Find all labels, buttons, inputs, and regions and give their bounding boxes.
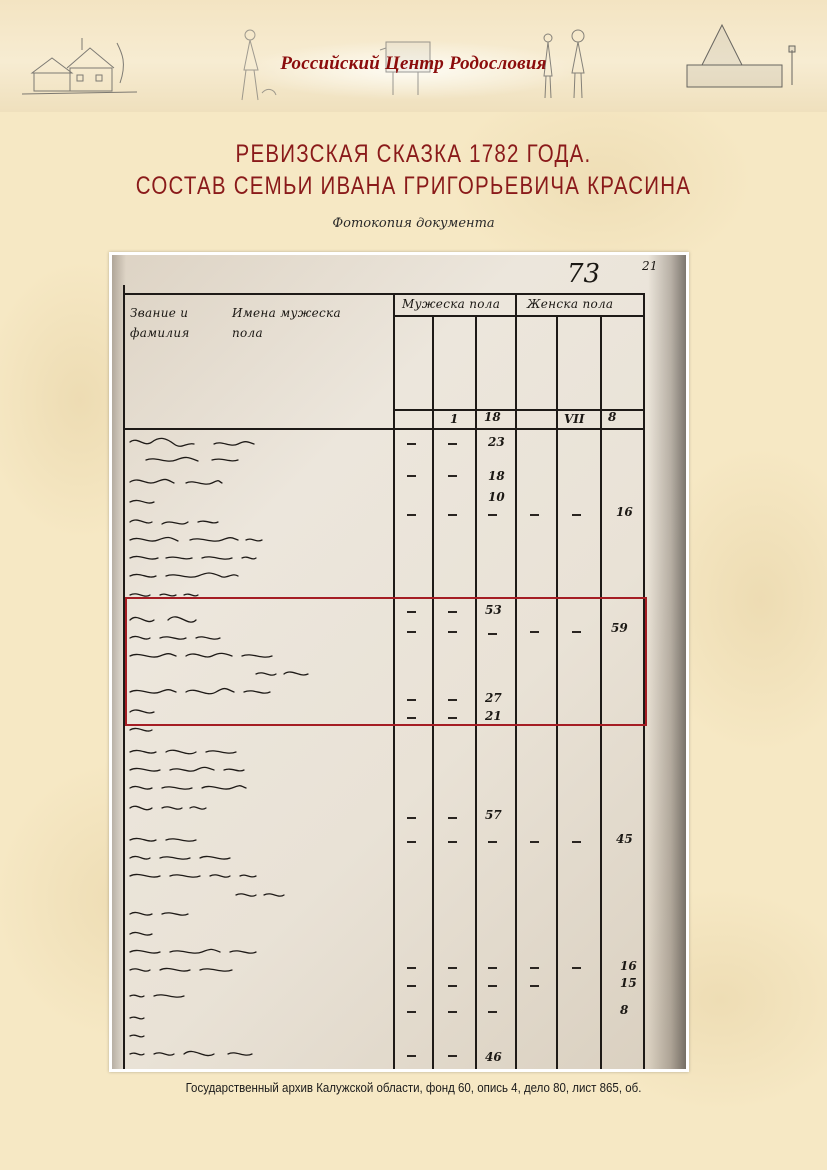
column-dash (407, 443, 416, 445)
column-dash (530, 514, 539, 516)
column-dash (407, 1055, 416, 1057)
header-group-female: Женска пола (527, 297, 613, 311)
handwritten-entries (126, 430, 391, 1069)
column-dash (407, 841, 416, 843)
age-female: 8 (620, 1003, 628, 1017)
column-dash (448, 985, 457, 987)
column-dash (488, 1011, 497, 1013)
column-dash (448, 475, 457, 477)
column-dash (488, 967, 497, 969)
column-mark: VII (564, 412, 585, 426)
column-dash (530, 967, 539, 969)
column-dash (407, 475, 416, 477)
header-group-male: Мужеска пола (402, 297, 500, 311)
column-dash (407, 817, 416, 819)
paper-edge-shadow (648, 255, 686, 1069)
column-dash (488, 514, 497, 516)
column-dash (407, 985, 416, 987)
page-heading-line-2: Состав семьи Ивана Григорьевича Красина (74, 172, 752, 201)
column-dash (530, 841, 539, 843)
site-title: Российский Центр Родословия (0, 53, 827, 75)
column-dash (448, 841, 457, 843)
column-dash (448, 514, 457, 516)
header-subdivider (393, 315, 643, 317)
age-male: 10 (488, 490, 505, 504)
column-mark: 8 (608, 410, 616, 424)
header-banner: Российский Центр Родословия (0, 0, 827, 112)
column-dash (488, 985, 497, 987)
age-male: 23 (488, 435, 505, 449)
page-subtitle: Фотокопия документа (0, 216, 827, 231)
column-dash (448, 817, 457, 819)
column-dash (448, 443, 457, 445)
column-dash (407, 1011, 416, 1013)
age-female: 45 (616, 832, 633, 846)
header-names-left: Звание и фамилия (130, 303, 210, 343)
column-dash (407, 514, 416, 516)
column-dash (407, 967, 416, 969)
age-female: 16 (616, 505, 633, 519)
column-dash (530, 985, 539, 987)
column-dash (488, 841, 497, 843)
column-dash (448, 967, 457, 969)
column-dash (572, 841, 581, 843)
header-names-mid: Имена мужеска пола (232, 303, 342, 343)
column-dash (448, 1011, 457, 1013)
age-male: 46 (485, 1050, 502, 1064)
header-bottom-line (393, 409, 643, 411)
age-male: 18 (488, 469, 505, 483)
column-dash (572, 967, 581, 969)
archive-citation: Государственный архив Калужской области,… (33, 1081, 794, 1095)
page-heading-line-1: Ревизская сказка 1782 года. (74, 140, 752, 169)
column-mark: 18 (484, 410, 501, 424)
column-mark: 1 (450, 412, 458, 426)
column-dash (448, 1055, 457, 1057)
folio-number: 73 (567, 259, 600, 289)
age-female: 16 (620, 959, 637, 973)
age-male: 57 (485, 808, 502, 822)
age-female: 15 (620, 976, 637, 990)
table-top-border (124, 293, 644, 295)
highlighted-family-entry (125, 597, 647, 726)
corner-mark: 21 (642, 259, 658, 273)
column-dash (572, 514, 581, 516)
